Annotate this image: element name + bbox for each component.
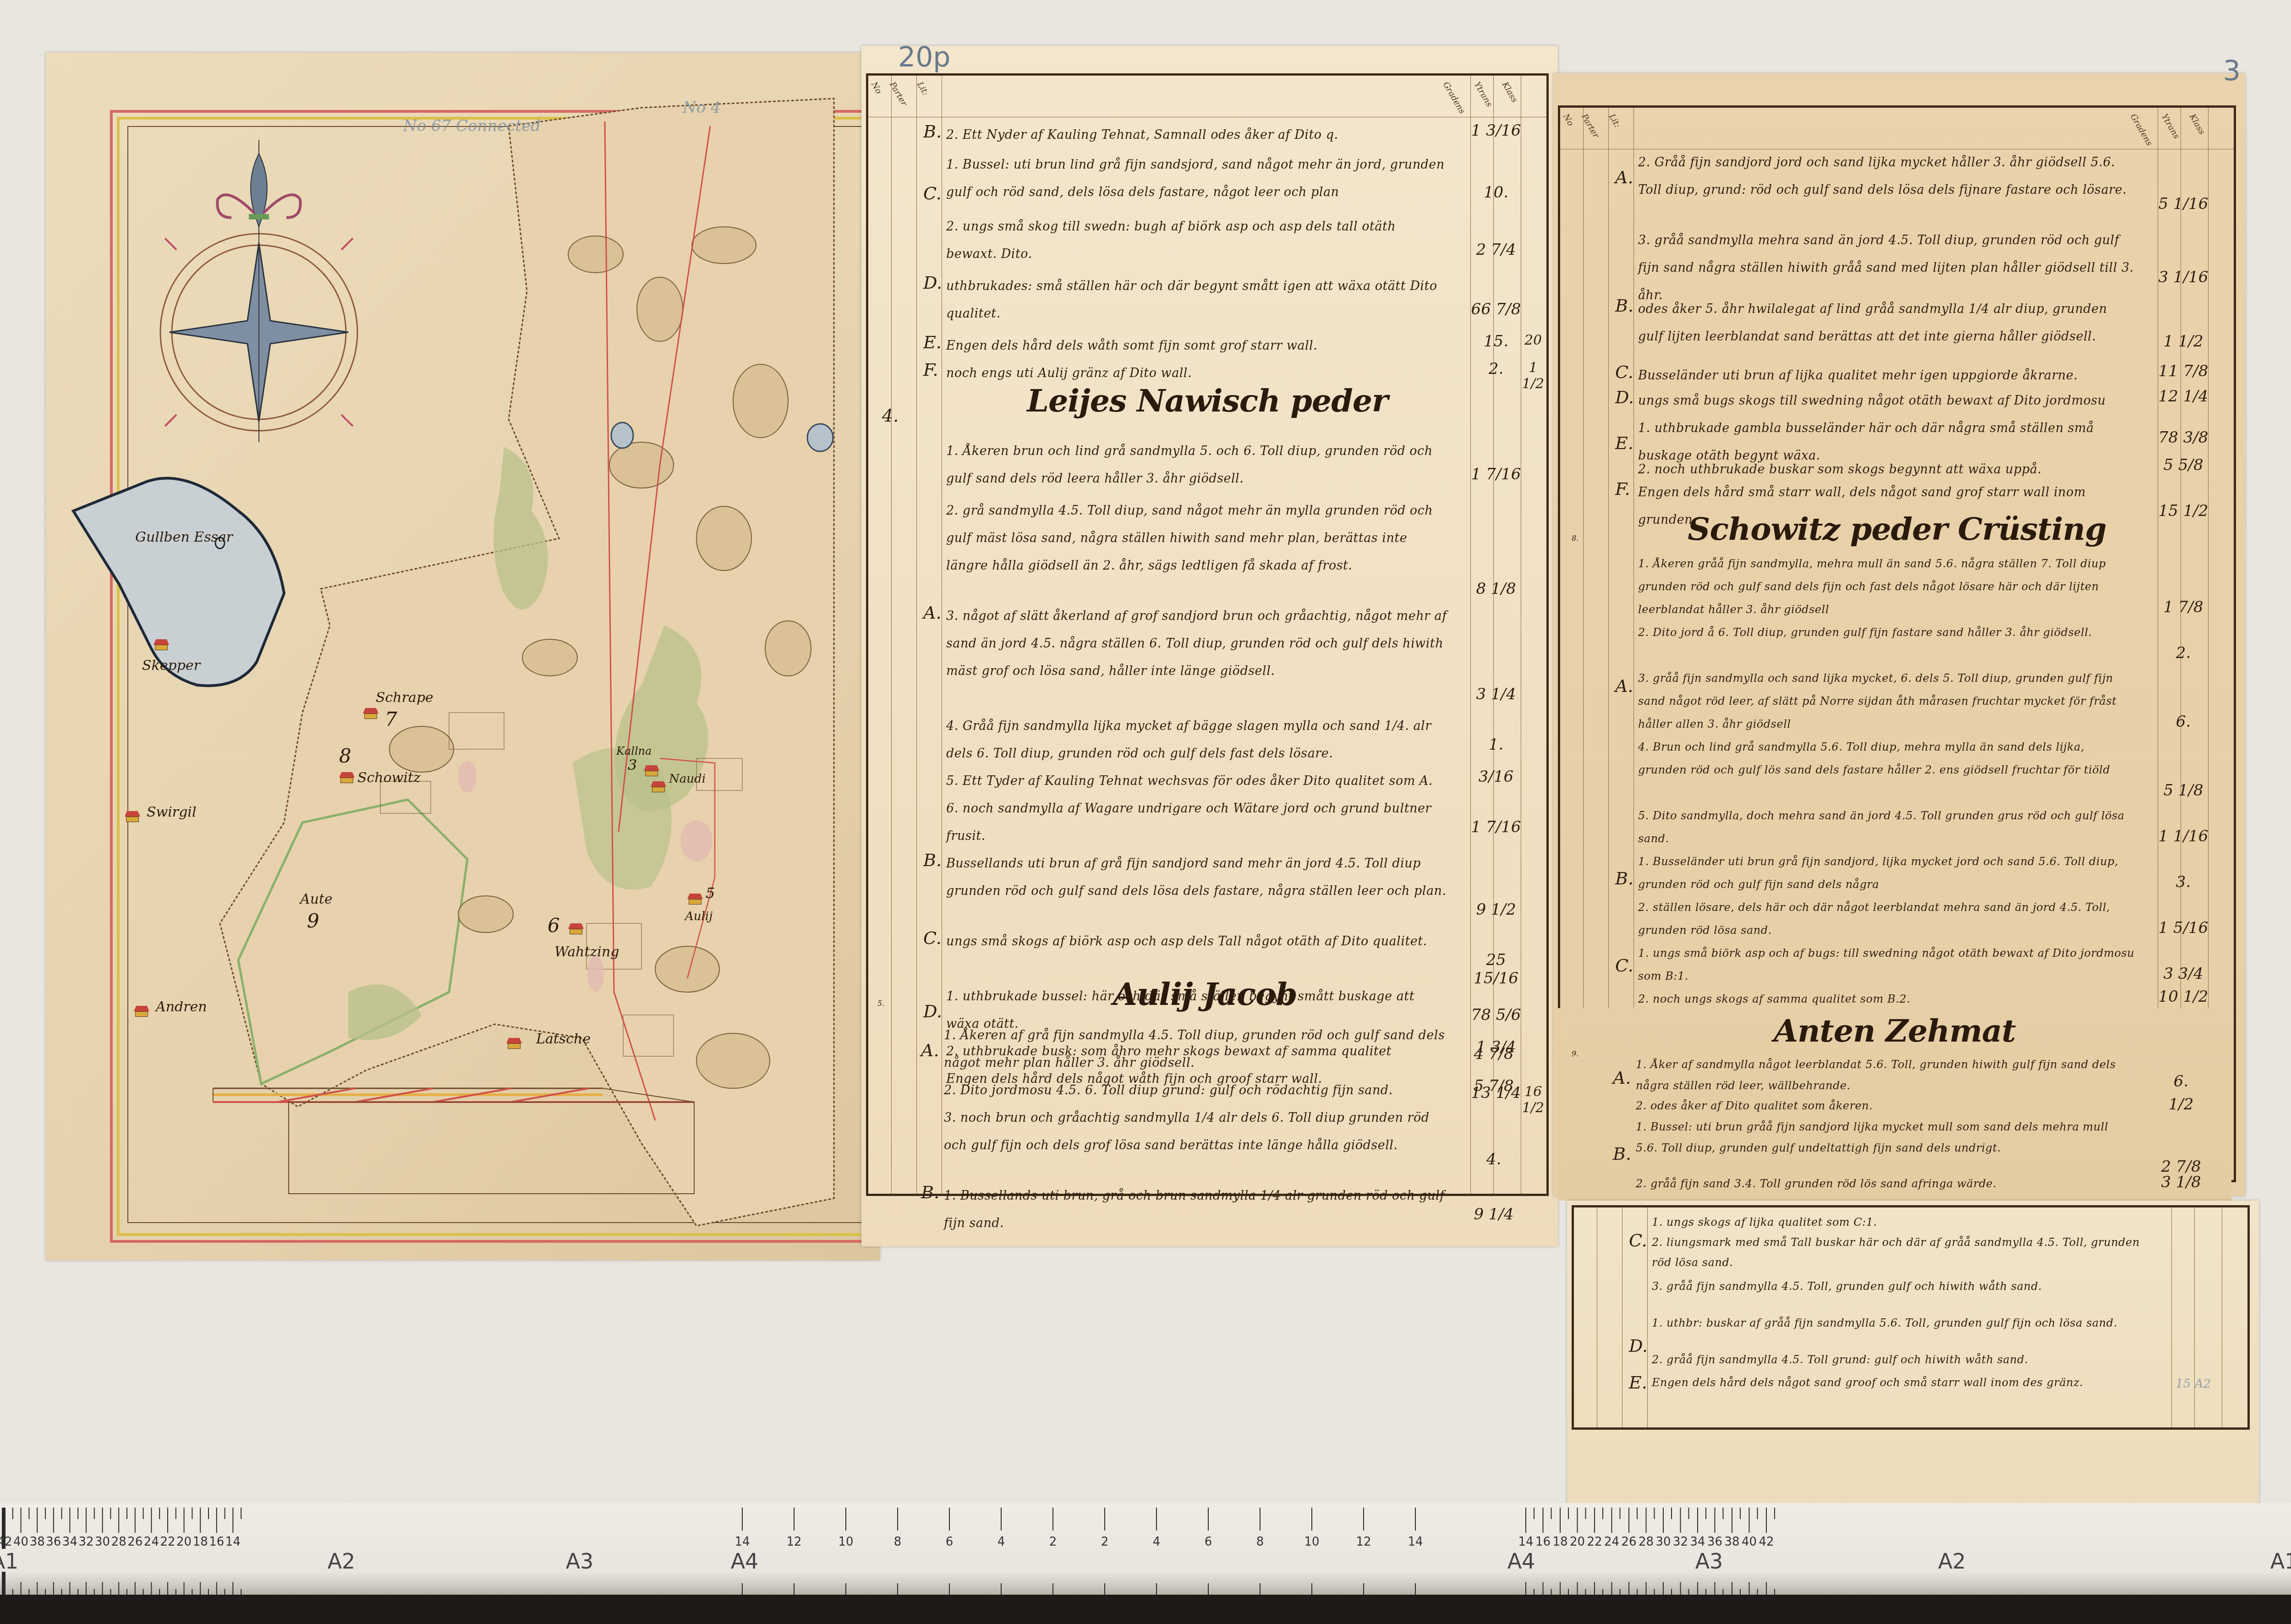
ruler-number: 20: [176, 1535, 192, 1549]
ruler-number: 32: [1673, 1535, 1688, 1549]
ruler-number: 8: [894, 1535, 902, 1549]
farm-number: 3: [628, 756, 637, 774]
place-label-aute: Aute: [300, 891, 333, 907]
farm-number: 8: [339, 745, 351, 767]
ledger-slip-lower: C. 1. ungs skogs af lijka qualitet som C…: [1567, 1201, 2259, 1512]
ruler-number: 38: [30, 1535, 45, 1549]
farmstead-icon: [339, 772, 355, 783]
ruler-number: 10: [838, 1535, 853, 1549]
ruler-number: 16: [209, 1535, 224, 1549]
ruler-number: 14: [1518, 1535, 1533, 1549]
ruler-number: 18: [1552, 1535, 1568, 1549]
ruler-number: 12: [1356, 1535, 1371, 1549]
ledger-table: C. 1. ungs skogs af lijka qualitet som C…: [1572, 1205, 2250, 1430]
ruler-number: 32: [78, 1535, 93, 1549]
place-label-skepper: Skepper: [142, 658, 200, 674]
ruler-number: 6: [946, 1535, 954, 1549]
ruler-number: 30: [1655, 1535, 1671, 1549]
ruler-number: 26: [127, 1535, 143, 1549]
paper-size-label: A2: [1938, 1549, 1966, 1574]
cadastral-map-sheet: No 67 Connected No 4 Gullben Essar Skepp…: [46, 53, 880, 1260]
ruler-number: 2: [1101, 1535, 1109, 1549]
pencil-annotation: No 67 Connected: [403, 117, 541, 135]
ruler-number: 12: [786, 1535, 801, 1549]
ruler-number: 42: [0, 1535, 12, 1549]
ruler-number: 8: [1256, 1535, 1264, 1549]
ledger-section-anten-zehmat: 9. Anten Zehmat A. 1. Åker af sandmylla …: [1558, 1008, 2231, 1201]
farmstead-icon: [651, 781, 666, 792]
ledger-section-aulij-jacob: 5. Aulij Jacob A. 1. Åkeren af grå fijn …: [866, 994, 1544, 1223]
ruler-number: 36: [1707, 1535, 1722, 1549]
ruler-number: 6: [1205, 1535, 1212, 1549]
ruler-number: 40: [13, 1535, 28, 1549]
farmstead-icon: [644, 765, 659, 776]
ruler-number: 4: [998, 1535, 1005, 1549]
paper-size-label: A3: [566, 1549, 594, 1574]
place-label-andren: Andren: [156, 999, 207, 1015]
ledger-column-header: No Parter Lit: Gradens Ytrans Klass: [1560, 108, 2234, 149]
farmstead-icon: [134, 1006, 149, 1017]
pencil-annotation: No 4: [683, 99, 721, 117]
farm-number: 6: [548, 914, 560, 937]
lake-gullben: [73, 478, 284, 686]
ruler-number: 24: [144, 1535, 159, 1549]
measurement-ruler: 4240383634323028262422201816141412108642…: [0, 1503, 2291, 1595]
paper-size-label: A4: [731, 1549, 759, 1574]
section-heading: Aulij Jacob: [866, 976, 1544, 1013]
scanner-bed-edge: [0, 1595, 2291, 1624]
section-heading: Anten Zehmat: [1558, 1013, 2231, 1049]
farmstead-icon: [687, 894, 703, 905]
ruler-number: 14: [1408, 1535, 1423, 1549]
place-label-kallna: Kallna: [616, 745, 652, 757]
section-heading: Schowitz peder Crüsting: [1560, 511, 2234, 548]
paper-size-label: A3: [1695, 1549, 1723, 1574]
ruler-number: 22: [1587, 1535, 1602, 1549]
farmstead-icon: [506, 1038, 522, 1049]
farmstead-icon: [568, 923, 584, 934]
ruler-number: 28: [1639, 1535, 1654, 1549]
ruler-number: 34: [1690, 1535, 1705, 1549]
ruler-number: 36: [46, 1535, 61, 1549]
place-label-schowitz: Schowitz: [357, 770, 421, 786]
farmstead-icon: [125, 811, 140, 822]
farmstead-icon: [153, 639, 169, 650]
farmstead-icon: [363, 708, 378, 719]
ruler-number: 42: [1759, 1535, 1774, 1549]
ruler-number: 38: [1724, 1535, 1739, 1549]
farm-number: 9: [307, 910, 319, 932]
ruler-number: 10: [1304, 1535, 1319, 1549]
paper-size-label: A1: [0, 1549, 18, 1574]
ruler-number: 34: [62, 1535, 77, 1549]
section-heading: Leijes Nawisch peder: [868, 383, 1546, 419]
ruler-number: 30: [95, 1535, 110, 1549]
place-label-schrape: Schrape: [376, 690, 433, 706]
place-label-naudi: Naudi: [669, 772, 706, 786]
ruler-number: 20: [1570, 1535, 1585, 1549]
paper-size-label: A1: [2270, 1549, 2291, 1574]
ruler-number: 26: [1621, 1535, 1636, 1549]
ruler-number: 14: [225, 1535, 241, 1549]
pencil-annotation: 15 A2: [2176, 1377, 2211, 1391]
ledger-column-header: No Parter Lit: Gradens Ytrans Klass: [868, 76, 1546, 117]
ruler-number: 22: [160, 1535, 175, 1549]
map-land-area: [46, 53, 880, 1260]
ruler-number: 14: [734, 1535, 750, 1549]
ruler-number: 16: [1535, 1535, 1551, 1549]
place-label-swirgil: Swirgil: [147, 804, 197, 820]
paper-size-label: A4: [1507, 1549, 1535, 1574]
lake-label: Gullben Essar: [135, 529, 233, 545]
place-label-wahtzing: Wahtzing: [554, 944, 619, 960]
ruler-number: 24: [1604, 1535, 1619, 1549]
ruler-number: 18: [193, 1535, 208, 1549]
ruler-number: 2: [1049, 1535, 1057, 1549]
ruler-number: 28: [111, 1535, 126, 1549]
pencil-page-number: 3: [2223, 55, 2241, 87]
ruler-number: 4: [1153, 1535, 1161, 1549]
farm-number: 5: [706, 884, 715, 902]
ruler-number: 40: [1742, 1535, 1757, 1549]
place-label-aulij: Aulij: [685, 910, 713, 923]
farm-number: 7: [385, 708, 397, 730]
compass-rose-icon: [160, 140, 357, 442]
place-label-latsche: Latsche: [536, 1031, 591, 1047]
pencil-page-number: 20p: [898, 41, 950, 73]
paper-size-label: A2: [328, 1549, 356, 1574]
